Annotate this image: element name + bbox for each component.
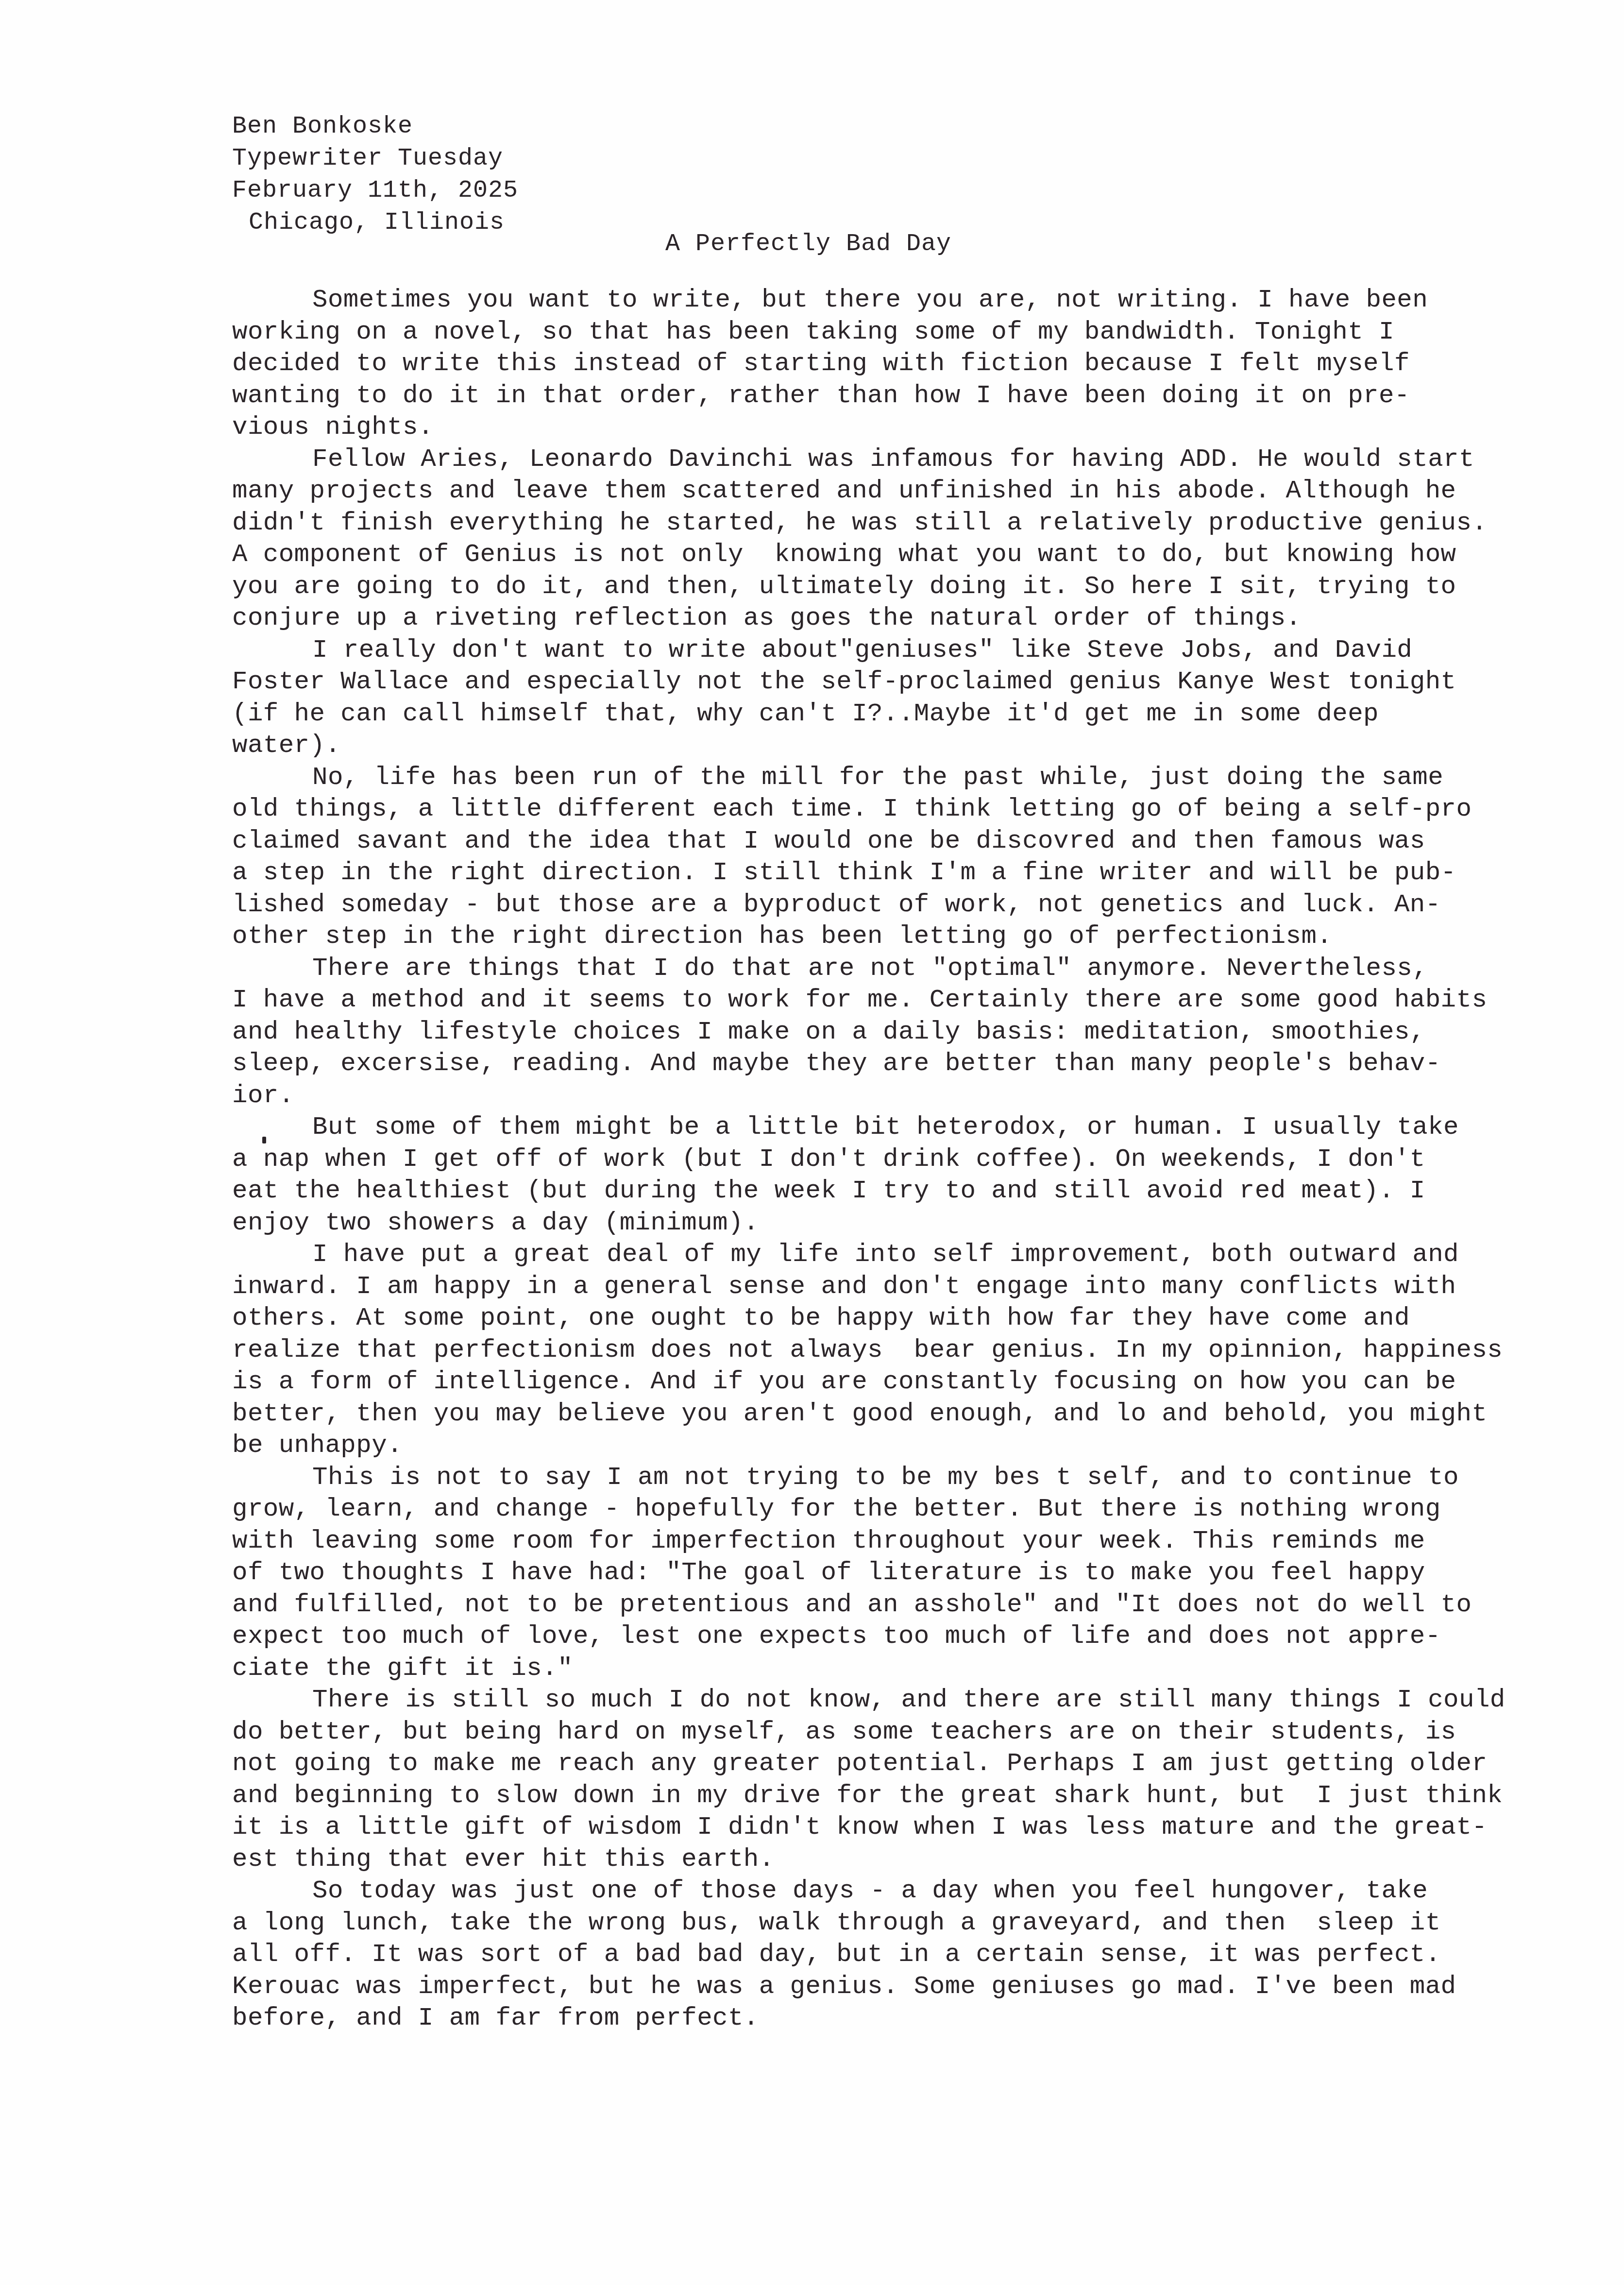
text-line: is a form of intelligence. And if you ar… [232, 1366, 1573, 1398]
paragraph: I have put a great deal of my life into … [232, 1239, 1573, 1462]
location-line: Chicago, Illinois [232, 207, 518, 239]
date-line: February 11th, 2025 [232, 175, 518, 207]
series-name: Typewriter Tuesday [232, 143, 518, 175]
paragraph: But some of them might be a little bit h… [232, 1111, 1573, 1239]
text-line: many projects and leave them scattered a… [232, 475, 1573, 507]
text-line: But some of them might be a little bit h… [232, 1111, 1573, 1143]
text-line: sleep, excersise, reading. And maybe the… [232, 1048, 1573, 1080]
text-line: and beginning to slow down in my drive f… [232, 1780, 1573, 1812]
paragraph: This is not to say I am not trying to be… [232, 1462, 1573, 1685]
text-line: lished someday - but those are a byprodu… [232, 889, 1573, 921]
text-line: a nap when I get off of work (but I don'… [232, 1143, 1573, 1176]
text-line: claimed savant and the idea that I would… [232, 825, 1573, 857]
text-line: working on a novel, so that has been tak… [232, 316, 1573, 348]
text-line: be unhappy. [232, 1430, 1573, 1462]
text-line: didn't finish everything he started, he … [232, 507, 1573, 539]
text-line: So today was just one of those days - a … [232, 1875, 1573, 1907]
text-line: water). [232, 730, 1573, 762]
text-line: expect too much of love, lest one expect… [232, 1620, 1573, 1653]
text-line: better, then you may believe you aren't … [232, 1398, 1573, 1430]
text-line: est thing that ever hit this earth. [232, 1843, 1573, 1876]
text-line: and fulfilled, not to be pretentious and… [232, 1589, 1573, 1621]
document-title: A Perfectly Bad Day [665, 228, 951, 260]
text-line: ciate the gift it is." [232, 1653, 1573, 1685]
document-body: Sometimes you want to write, but there y… [232, 284, 1573, 2034]
typewritten-page: Ben Bonkoske Typewriter Tuesday February… [0, 0, 1624, 2285]
text-line: Kerouac was imperfect, but he was a geni… [232, 1971, 1573, 2003]
text-line: eat the healthiest (but during the week … [232, 1175, 1573, 1207]
paragraph: No, life has been run of the mill for th… [232, 762, 1573, 953]
text-line: This is not to say I am not trying to be… [232, 1462, 1573, 1494]
text-line: and healthy lifestyle choices I make on … [232, 1016, 1573, 1048]
paragraph: There are things that I do that are not … [232, 953, 1573, 1112]
author-name: Ben Bonkoske [232, 111, 518, 143]
text-line: realize that perfectionism does not alwa… [232, 1334, 1573, 1366]
text-line: Fellow Aries, Leonardo Davinchi was infa… [232, 443, 1573, 476]
text-line: No, life has been run of the mill for th… [232, 762, 1573, 794]
text-line: all off. It was sort of a bad bad day, b… [232, 1939, 1573, 1971]
text-line: I have a method and it seems to work for… [232, 984, 1573, 1016]
paragraph: There is still so much I do not know, an… [232, 1684, 1573, 1875]
paragraph: Fellow Aries, Leonardo Davinchi was infa… [232, 443, 1573, 634]
text-line: I really don't want to write about"geniu… [232, 634, 1573, 666]
text-line: Sometimes you want to write, but there y… [232, 284, 1573, 316]
text-line: a step in the right direction. I still t… [232, 857, 1573, 889]
text-line: not going to make me reach any greater p… [232, 1748, 1573, 1780]
text-line: others. At some point, one ought to be h… [232, 1302, 1573, 1334]
text-line: decided to write this instead of startin… [232, 348, 1573, 380]
text-line: before, and I am far from perfect. [232, 2002, 1573, 2034]
paragraph: Sometimes you want to write, but there y… [232, 284, 1573, 443]
paragraph: I really don't want to write about"geniu… [232, 634, 1573, 762]
text-line: I have put a great deal of my life into … [232, 1239, 1573, 1271]
paragraph: So today was just one of those days - a … [232, 1875, 1573, 2034]
text-line: other step in the right direction has be… [232, 921, 1573, 953]
text-line: wanting to do it in that order, rather t… [232, 380, 1573, 412]
text-line: enjoy two showers a day (minimum). [232, 1207, 1573, 1239]
text-line: with leaving some room for imperfection … [232, 1525, 1573, 1557]
text-line: it is a little gift of wisdom I didn't k… [232, 1811, 1573, 1843]
text-line: vious nights. [232, 411, 1573, 443]
text-line: of two thoughts I have had: "The goal of… [232, 1557, 1573, 1589]
text-line: There is still so much I do not know, an… [232, 1684, 1573, 1716]
text-line: (if he can call himself that, why can't … [232, 698, 1573, 730]
text-line: a long lunch, take the wrong bus, walk t… [232, 1907, 1573, 1939]
text-line: inward. I am happy in a general sense an… [232, 1271, 1573, 1303]
text-line: do better, but being hard on myself, as … [232, 1716, 1573, 1748]
text-line: you are going to do it, and then, ultima… [232, 571, 1573, 603]
text-line: A component of Genius is not only knowin… [232, 539, 1573, 571]
text-line: ior. [232, 1080, 1573, 1112]
text-line: conjure up a riveting reflection as goes… [232, 602, 1573, 634]
text-line: grow, learn, and change - hopefully for … [232, 1493, 1573, 1525]
document-header: Ben Bonkoske Typewriter Tuesday February… [232, 111, 518, 239]
text-line: Foster Wallace and especially not the se… [232, 666, 1573, 698]
text-line: old things, a little different each time… [232, 793, 1573, 825]
text-line: There are things that I do that are not … [232, 953, 1573, 985]
